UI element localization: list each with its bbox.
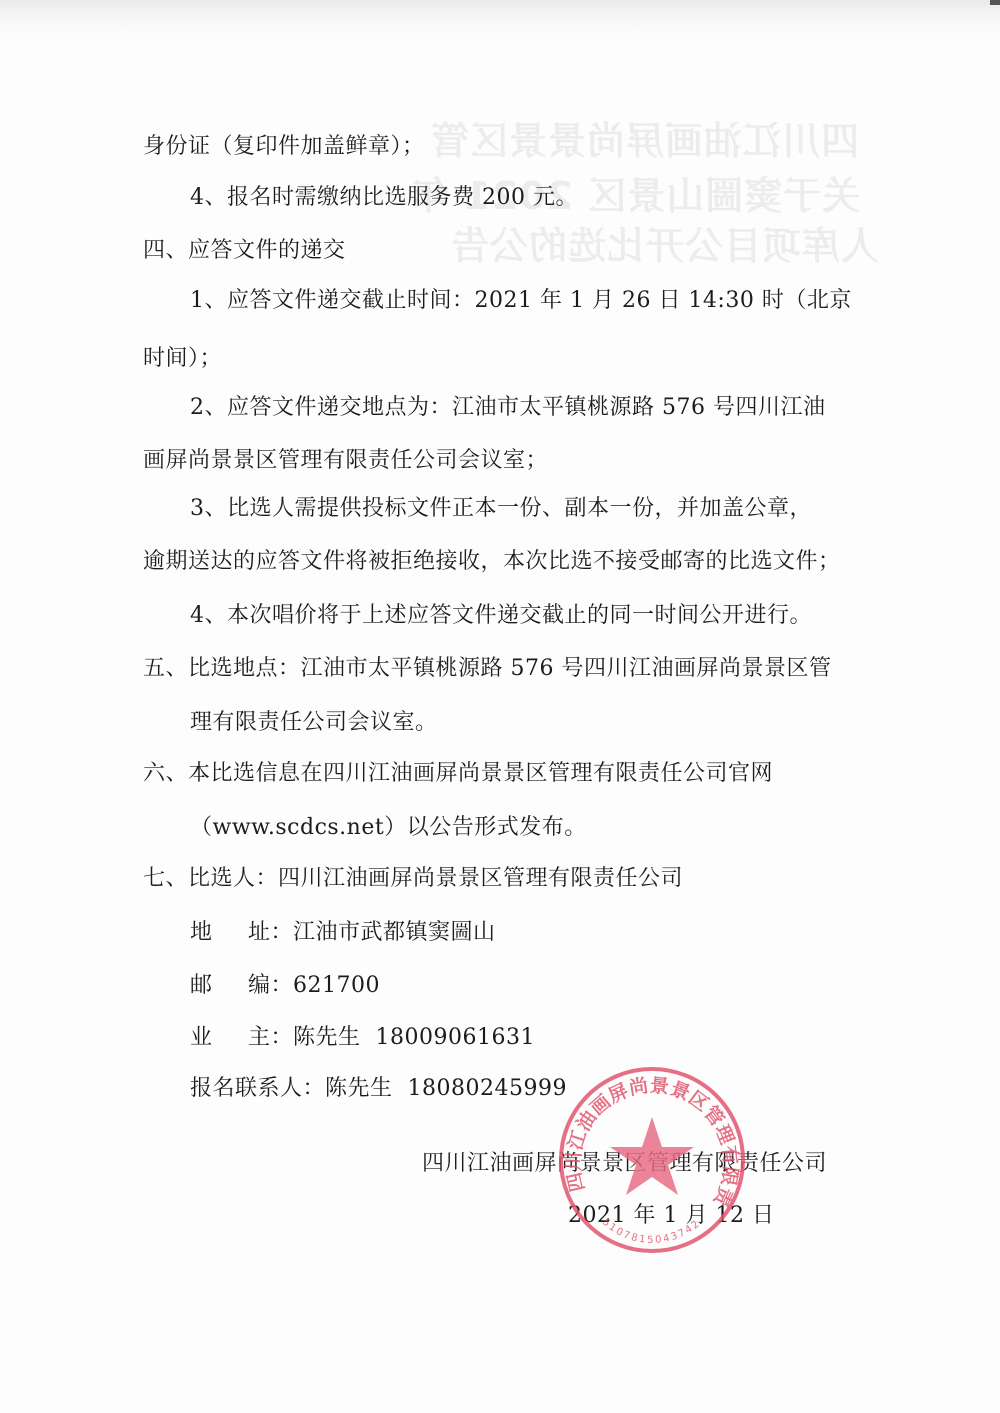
- svg-text:四川江油画屏尚景景区管理有限责任公司: 四川江油画屏尚景景区管理有限责任公司: [557, 1065, 743, 1211]
- address-label: 地: [190, 920, 248, 946]
- list-item: 4、本次唱价将于上述应答文件递交截止的同一时间公开进行。: [190, 603, 812, 629]
- paragraph-line: 画屏尚景景区管理有限责任公司会议室；: [143, 448, 548, 474]
- postcode-label: 邮: [190, 973, 248, 999]
- owner-label-2: 主：: [248, 1025, 293, 1051]
- paragraph-line: 逾期送达的应答文件将被拒绝接收，本次比选不接受邮寄的比选文件；: [143, 549, 841, 575]
- list-item: 4、报名时需缴纳比选服务费 200 元。: [190, 185, 578, 211]
- postcode-row: 邮编：621700: [190, 973, 380, 999]
- scan-shading: [0, 0, 1000, 40]
- section-heading: 七、比选人：四川江油画屏尚景景区管理有限责任公司: [143, 866, 683, 892]
- postcode-value: 621700: [293, 973, 380, 998]
- signature-company: 四川江油画屏尚景景区管理有限责任公司: [422, 1151, 827, 1177]
- owner-row: 业主：陈先生 18009061631: [190, 1025, 535, 1051]
- bleed-through-text: 人库项目公开比选的公告: [450, 215, 879, 270]
- signature-date: 2021 年 1 月 12 日: [568, 1203, 774, 1229]
- paragraph-line: 时间）；: [143, 346, 222, 372]
- registrar-label: 报名联系人：: [190, 1076, 325, 1101]
- address-value: 江油市武都镇窦圌山: [293, 920, 496, 945]
- postcode-label-2: 编：: [248, 973, 293, 999]
- bleed-through-text: 四川江油画屏尚景景区管: [430, 110, 859, 165]
- paragraph-line: 理有限责任公司会议室。: [190, 710, 438, 736]
- website-line: （www.scdcs.net）以公告形式发布。: [190, 815, 587, 841]
- list-item: 3、比选人需提供投标文件正本一份、副本一份，并加盖公章，: [190, 496, 812, 522]
- section-heading: 四、应答文件的递交: [143, 238, 346, 264]
- address-label-2: 址：: [248, 920, 293, 946]
- registrar-row: 报名联系人：陈先生 18080245999: [190, 1076, 567, 1102]
- owner-value: 陈先生 18009061631: [293, 1025, 535, 1050]
- registrar-value: 陈先生 18080245999: [325, 1076, 567, 1101]
- list-item: 2、应答文件递交地点为：江油市太平镇桃源路 576 号四川江油: [190, 395, 825, 421]
- address-row: 地址：江油市武都镇窦圌山: [190, 920, 496, 946]
- paragraph-line: 身份证（复印件加盖鲜章）；: [143, 134, 425, 160]
- scan-corner-mark: [990, 0, 1000, 5]
- section-heading: 六、本比选信息在四川江油画屏尚景景区管理有限责任公司官网: [143, 761, 773, 787]
- section-heading: 五、比选地点：江油市太平镇桃源路 576 号四川江油画屏尚景景区管: [143, 656, 831, 682]
- list-item: 1、应答文件递交截止时间：2021 年 1 月 26 日 14:30 时（北京: [190, 288, 852, 314]
- owner-label: 业: [190, 1025, 248, 1051]
- seal-ring-text: 四川江油画屏尚景景区管理有限责任公司: [557, 1065, 743, 1211]
